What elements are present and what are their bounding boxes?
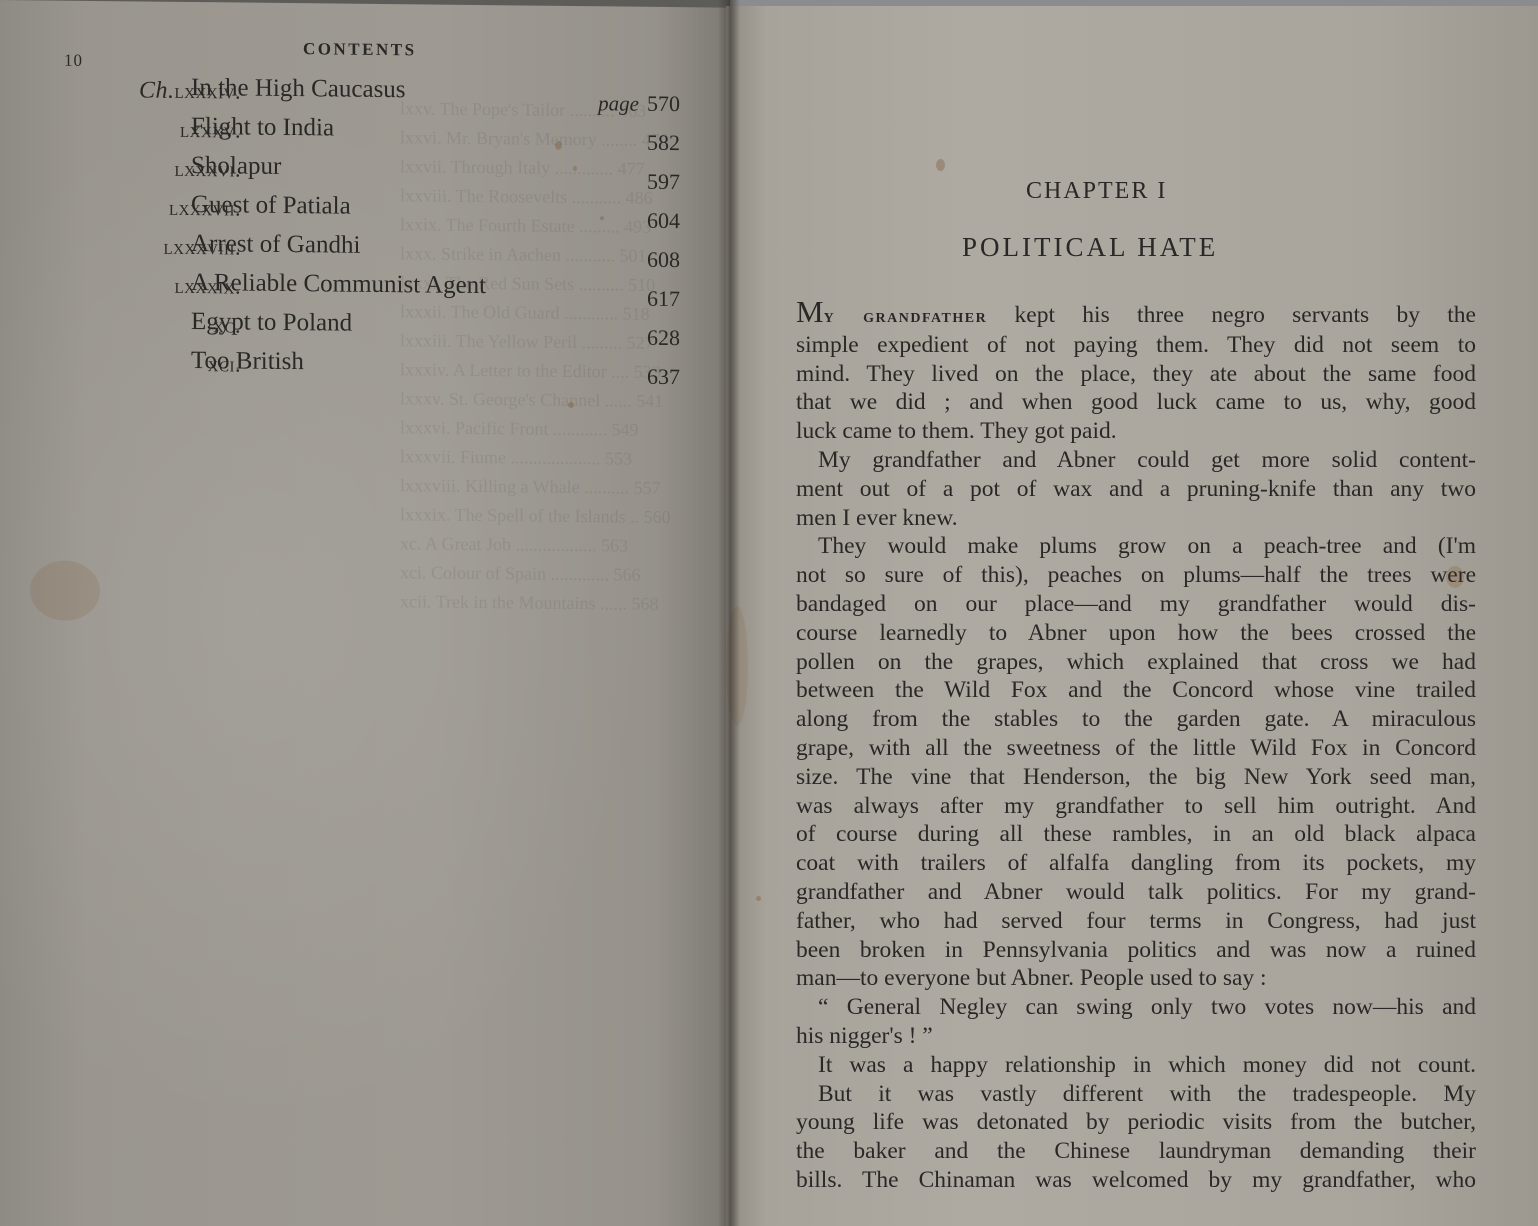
foxing-stain (726, 606, 748, 726)
page-ref: 582 (647, 130, 680, 156)
text-line: bandaged on our place—and my grandfather… (796, 590, 1476, 619)
text-line: But it was vastly different with the tra… (796, 1080, 1476, 1109)
open-book-spread: lxxv. The Pope's Tailor .......... 463 l… (0, 0, 1538, 1226)
text-line: between the Wild Fox and the Concord who… (796, 676, 1476, 705)
text-line: man—to everyone but Abner. People used t… (796, 964, 1476, 993)
text-line: pollen on the grapes, which explained th… (796, 648, 1476, 677)
text-line: of course during all these rambles, in a… (796, 820, 1476, 849)
text-line: coat with trailers of alfalfa dangling f… (796, 849, 1476, 878)
page-ref: 604 (647, 208, 680, 234)
page-ref: 628 (647, 325, 680, 351)
right-page-chapter: CHAPTER I POLITICAL HATE My grandfather … (726, 6, 1538, 1226)
chapter-title: Sholapur (191, 152, 281, 181)
text-line: grape, with all the sweetness of the lit… (796, 734, 1476, 763)
opening-initial: M (796, 294, 824, 329)
text-line: men I ever knew. (796, 504, 1476, 533)
text-line: simple expedient of not paying them. The… (796, 331, 1476, 360)
chapter-prefix: Ch. (139, 77, 175, 103)
page-label: page (598, 91, 639, 115)
text-line: course learnedly to Abner upon how the b… (796, 619, 1476, 648)
text-line: was always after my grandfather to sell … (796, 792, 1476, 821)
chapter-title: Guest of Patiala (191, 191, 351, 221)
chapter-title: Egypt to Poland (191, 308, 352, 338)
toc-entry[interactable]: Ch.lxxxiv. In the High Caucasus page570 (56, 71, 686, 117)
text-line: mind. They lived on the place, they ate … (796, 360, 1476, 389)
toc-entry[interactable]: xci. Too British 637 (56, 344, 686, 390)
text-line: his nigger's ! ” (796, 1022, 1476, 1051)
page-ref: page570 (598, 90, 680, 117)
text-line: that we did ; and when good luck came to… (796, 388, 1476, 417)
running-head: CONTENTS (303, 39, 417, 60)
toc-entry[interactable]: lxxxix. A Reliable Communist Agent 617 (56, 266, 686, 312)
page-number: 10 (64, 51, 83, 71)
toc-entry[interactable]: xc. Egypt to Poland 628 (56, 305, 686, 351)
left-page-contents: lxxv. The Pope's Tailor .......... 463 l… (0, 0, 728, 1226)
foxing-spot (936, 159, 945, 171)
text-line: been broken in Pennsylvania politics and… (796, 936, 1476, 965)
text-line: young life was detonated by periodic vis… (796, 1108, 1476, 1137)
toc-entry[interactable]: lxxxvi. Sholapur 597 (56, 149, 686, 195)
text-line: father, who had served four terms in Con… (796, 907, 1476, 936)
chapter-title: Too British (191, 347, 304, 376)
table-of-contents: Ch.lxxxiv. In the High Caucasus page570 … (56, 71, 686, 390)
foxing-stain (30, 560, 100, 621)
text-line: “ General Negley can swing only two vote… (796, 993, 1476, 1022)
page-ref: 608 (647, 247, 680, 273)
page-ref: 617 (647, 286, 680, 312)
toc-entry[interactable]: lxxxviii. Arrest of Gandhi 608 (56, 227, 686, 273)
chapter-title: In the High Caucasus (191, 74, 406, 104)
toc-entry[interactable]: lxxxv. Flight to India 582 (56, 110, 686, 156)
foxing-spot (568, 402, 574, 408)
page-ref: 597 (647, 169, 680, 195)
foxing-spot (756, 896, 761, 901)
chapter-body: My grandfather kept his three negro serv… (796, 298, 1476, 1195)
text-line: ment out of a pot of wax and a pruning-k… (796, 475, 1476, 504)
text-fragment: kept his three negro servants by the (987, 302, 1476, 328)
text-line: My grandfather kept his three negro serv… (796, 298, 1476, 331)
text-line: the baker and the Chinese laundryman dem… (796, 1137, 1476, 1166)
text-line: along from the stables to the garden gat… (796, 705, 1476, 734)
text-line: grandfather and Abner would talk politic… (796, 878, 1476, 907)
text-line: It was a happy relationship in which mon… (796, 1051, 1476, 1080)
text-line: bills. The Chinaman was welcomed by my g… (796, 1166, 1476, 1195)
text-line: My grandfather and Abner could get more … (796, 446, 1476, 475)
opening-smallcaps: y grandfather (824, 305, 988, 327)
text-line: They would make plums grow on a peach-tr… (796, 532, 1476, 561)
chapter-title: Flight to India (191, 113, 334, 142)
text-line: size. The vine that Henderson, the big N… (796, 763, 1476, 792)
text-line: not so sure of this), peaches on plums—h… (796, 561, 1476, 590)
chapter-title: Arrest of Gandhi (191, 230, 360, 260)
chapter-title-heading: POLITICAL HATE (962, 232, 1218, 263)
chapter-title: A Reliable Communist Agent (191, 269, 486, 300)
page-ref: 637 (647, 364, 680, 390)
text-line: luck came to them. They got paid. (796, 417, 1476, 446)
chapter-label: CHAPTER I (1026, 178, 1167, 205)
toc-entry[interactable]: lxxxvii. Guest of Patiala 604 (56, 188, 686, 234)
page-number-ref: 570 (647, 91, 680, 116)
